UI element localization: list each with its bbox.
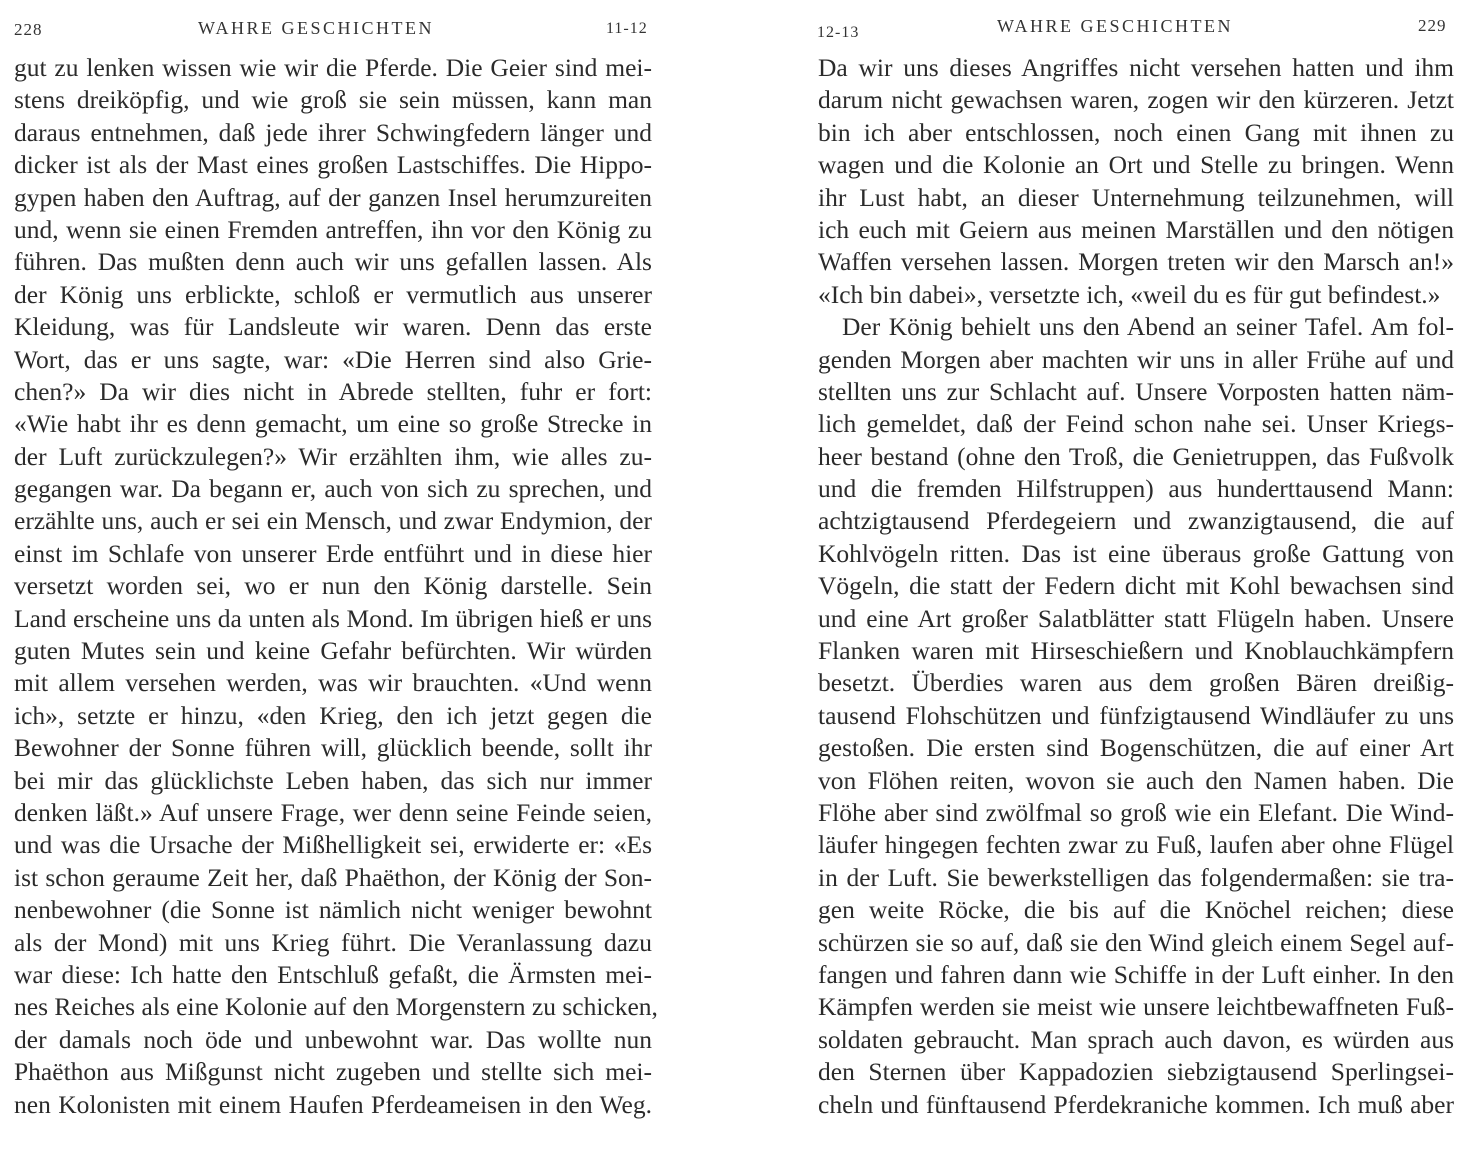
- text-line: dicker ist als der Mast eines großen Las…: [14, 149, 652, 181]
- text-line: ich», setzte er hinzu, «den Krieg, den i…: [14, 700, 652, 732]
- text-line: ich euch mit Geiern aus meinen Marställe…: [818, 214, 1454, 246]
- text-line: soldaten gebraucht. Man sprach auch davo…: [818, 1024, 1454, 1056]
- text-line: wagen und die Kolonie an Ort und Stelle …: [818, 149, 1454, 181]
- text-line: Kohlvögeln ritten. Das ist eine überaus …: [818, 538, 1454, 570]
- running-head-left: 228 WAHRE GESCHICHTEN 11-12: [0, 18, 700, 44]
- text-line: Waffen versehen lassen. Morgen treten wi…: [818, 246, 1454, 278]
- text-line: Kämpfen werden sie meist wie unsere leic…: [818, 991, 1454, 1023]
- text-line: der König uns erblickte, schloß er vermu…: [14, 279, 652, 311]
- text-line: chen?» Da wir dies nicht in Abrede stell…: [14, 376, 652, 408]
- text-line: gestoßen. Die ersten sind Bogenschützen,…: [818, 732, 1454, 764]
- page-number: 229: [1418, 16, 1447, 36]
- text-line: Vögeln, die statt der Federn dicht mit K…: [818, 570, 1454, 602]
- text-line: führen. Das mußten denn auch wir uns gef…: [14, 246, 652, 278]
- text-line: als der Mond) mit uns Krieg führt. Die V…: [14, 927, 652, 959]
- right-page: 12-13 WAHRE GESCHICHTEN 229 Da wir uns d…: [780, 0, 1476, 1155]
- text-line: Kleidung, was für Landsleute wir waren. …: [14, 311, 652, 343]
- text-line: und, wenn sie einen Fremden antreffen, i…: [14, 214, 652, 246]
- page-number: 228: [14, 20, 43, 40]
- text-line: stellten uns zur Schlacht auf. Unsere Vo…: [818, 376, 1454, 408]
- text-line: nen Kolonisten mit einem Haufen Pferdeam…: [14, 1089, 652, 1121]
- text-line: ihr Lust habt, an dieser Unternehmung te…: [818, 182, 1454, 214]
- text-line: cheln und fünftausend Pferdekraniche kom…: [818, 1089, 1454, 1121]
- text-line: denken läßt.» Auf unsere Frage, wer denn…: [14, 797, 652, 829]
- text-line: «Ich bin dabei», versetzte ich, «weil du…: [818, 279, 1454, 311]
- text-line: fangen und fahren dann wie Schiffe in de…: [818, 959, 1454, 991]
- text-line: erzählte uns, auch er sei ein Mensch, un…: [14, 505, 652, 537]
- section-range: 12-13: [817, 24, 859, 42]
- text-line: bin ich aber entschlossen, noch einen Ga…: [818, 117, 1454, 149]
- text-line: genden Morgen aber machten wir uns in al…: [818, 344, 1454, 376]
- text-line: «Wie habt ihr es denn gemacht, um eine s…: [14, 408, 652, 440]
- text-line: und was die Ursache der Mißhelligkeit se…: [14, 829, 652, 861]
- text-line: gypen haben den Auftrag, auf der ganzen …: [14, 182, 652, 214]
- text-line: den Sternen über Kappadozien siebzigtaus…: [818, 1056, 1454, 1088]
- text-line: gegangen war. Da begann er, auch von sic…: [14, 473, 652, 505]
- text-line: heer bestand (ohne den Troß, die Genietr…: [818, 441, 1454, 473]
- text-line: ist schon geraume Zeit her, daß Phaëthon…: [14, 862, 652, 894]
- text-line: schürzen sie so auf, daß sie den Wind gl…: [818, 927, 1454, 959]
- text-line: Da wir uns dieses Angriffes nicht verseh…: [818, 52, 1454, 84]
- text-line: der Luft zurückzulegen?» Wir erzählten i…: [14, 441, 652, 473]
- text-line: gen weite Röcke, die bis auf die Knöchel…: [818, 894, 1454, 926]
- section-range: 11-12: [606, 20, 648, 38]
- text-line: guten Mutes sein und keine Gefahr befürc…: [14, 635, 652, 667]
- text-line: tausend Flohschützen und fünfzigtausend …: [818, 700, 1454, 732]
- text-line: lich gemeldet, daß der Feind schon nahe …: [818, 408, 1454, 440]
- running-head-right: 12-13 WAHRE GESCHICHTEN 229: [780, 18, 1476, 44]
- running-title: WAHRE GESCHICHTEN: [198, 18, 434, 39]
- text-line: von Flöhen reiten, wovon sie auch den Na…: [818, 765, 1454, 797]
- text-line: läufer hingegen fechten zwar zu Fuß, lau…: [818, 829, 1454, 861]
- text-line: Der König behielt uns den Abend an seine…: [818, 311, 1454, 343]
- text-line: Bewohner der Sonne führen will, glücklic…: [14, 732, 652, 764]
- text-line: Flanken waren mit Hirseschießern und Kno…: [818, 635, 1454, 667]
- text-line: in der Luft. Sie bewerkstelligen das fol…: [818, 862, 1454, 894]
- running-title: WAHRE GESCHICHTEN: [997, 16, 1233, 37]
- text-line: nenbewohner (die Sonne ist nämlich nicht…: [14, 894, 652, 926]
- text-line: Wort, das er uns sagte, war: «Die Herren…: [14, 344, 652, 376]
- text-line: daraus entnehmen, daß jede ihrer Schwing…: [14, 117, 652, 149]
- text-line: darum nicht gewachsen waren, zogen wir d…: [818, 84, 1454, 116]
- text-line: und eine Art großer Salatblätter statt F…: [818, 603, 1454, 635]
- text-line: einst im Schlafe von unserer Erde entfüh…: [14, 538, 652, 570]
- text-line: achtzigtausend Pferdegeiern und zwanzigt…: [818, 505, 1454, 537]
- text-line: bei mir das glücklichste Leben haben, da…: [14, 765, 652, 797]
- text-line: Flöhe aber sind zwölfmal so groß wie ein…: [818, 797, 1454, 829]
- text-line: war diese: Ich hatte den Entschluß gefaß…: [14, 959, 652, 991]
- text-line: gut zu lenken wissen wie wir die Pferde.…: [14, 52, 652, 84]
- body-text-right: Da wir uns dieses Angriffes nicht verseh…: [818, 52, 1454, 1121]
- text-line: stens dreiköpfig, und wie groß sie sein …: [14, 84, 652, 116]
- text-line: Phaëthon aus Mißgunst nicht zugeben und …: [14, 1056, 652, 1088]
- text-line: mit allem versehen werden, was wir brauc…: [14, 667, 652, 699]
- text-line: der damals noch öde und unbewohnt war. D…: [14, 1024, 652, 1056]
- text-line: versetzt worden sei, wo er nun den König…: [14, 570, 652, 602]
- text-line: besetzt. Überdies waren aus dem großen B…: [818, 667, 1454, 699]
- text-line: Land erscheine uns da unten als Mond. Im…: [14, 603, 652, 635]
- text-line: nes Reiches als eine Kolonie auf den Mor…: [14, 991, 652, 1023]
- body-text-left: gut zu lenken wissen wie wir die Pferde.…: [14, 52, 652, 1121]
- text-line: und die fremden Hilfstruppen) aus hunder…: [818, 473, 1454, 505]
- left-page: 228 WAHRE GESCHICHTEN 11-12 gut zu lenke…: [0, 0, 700, 1155]
